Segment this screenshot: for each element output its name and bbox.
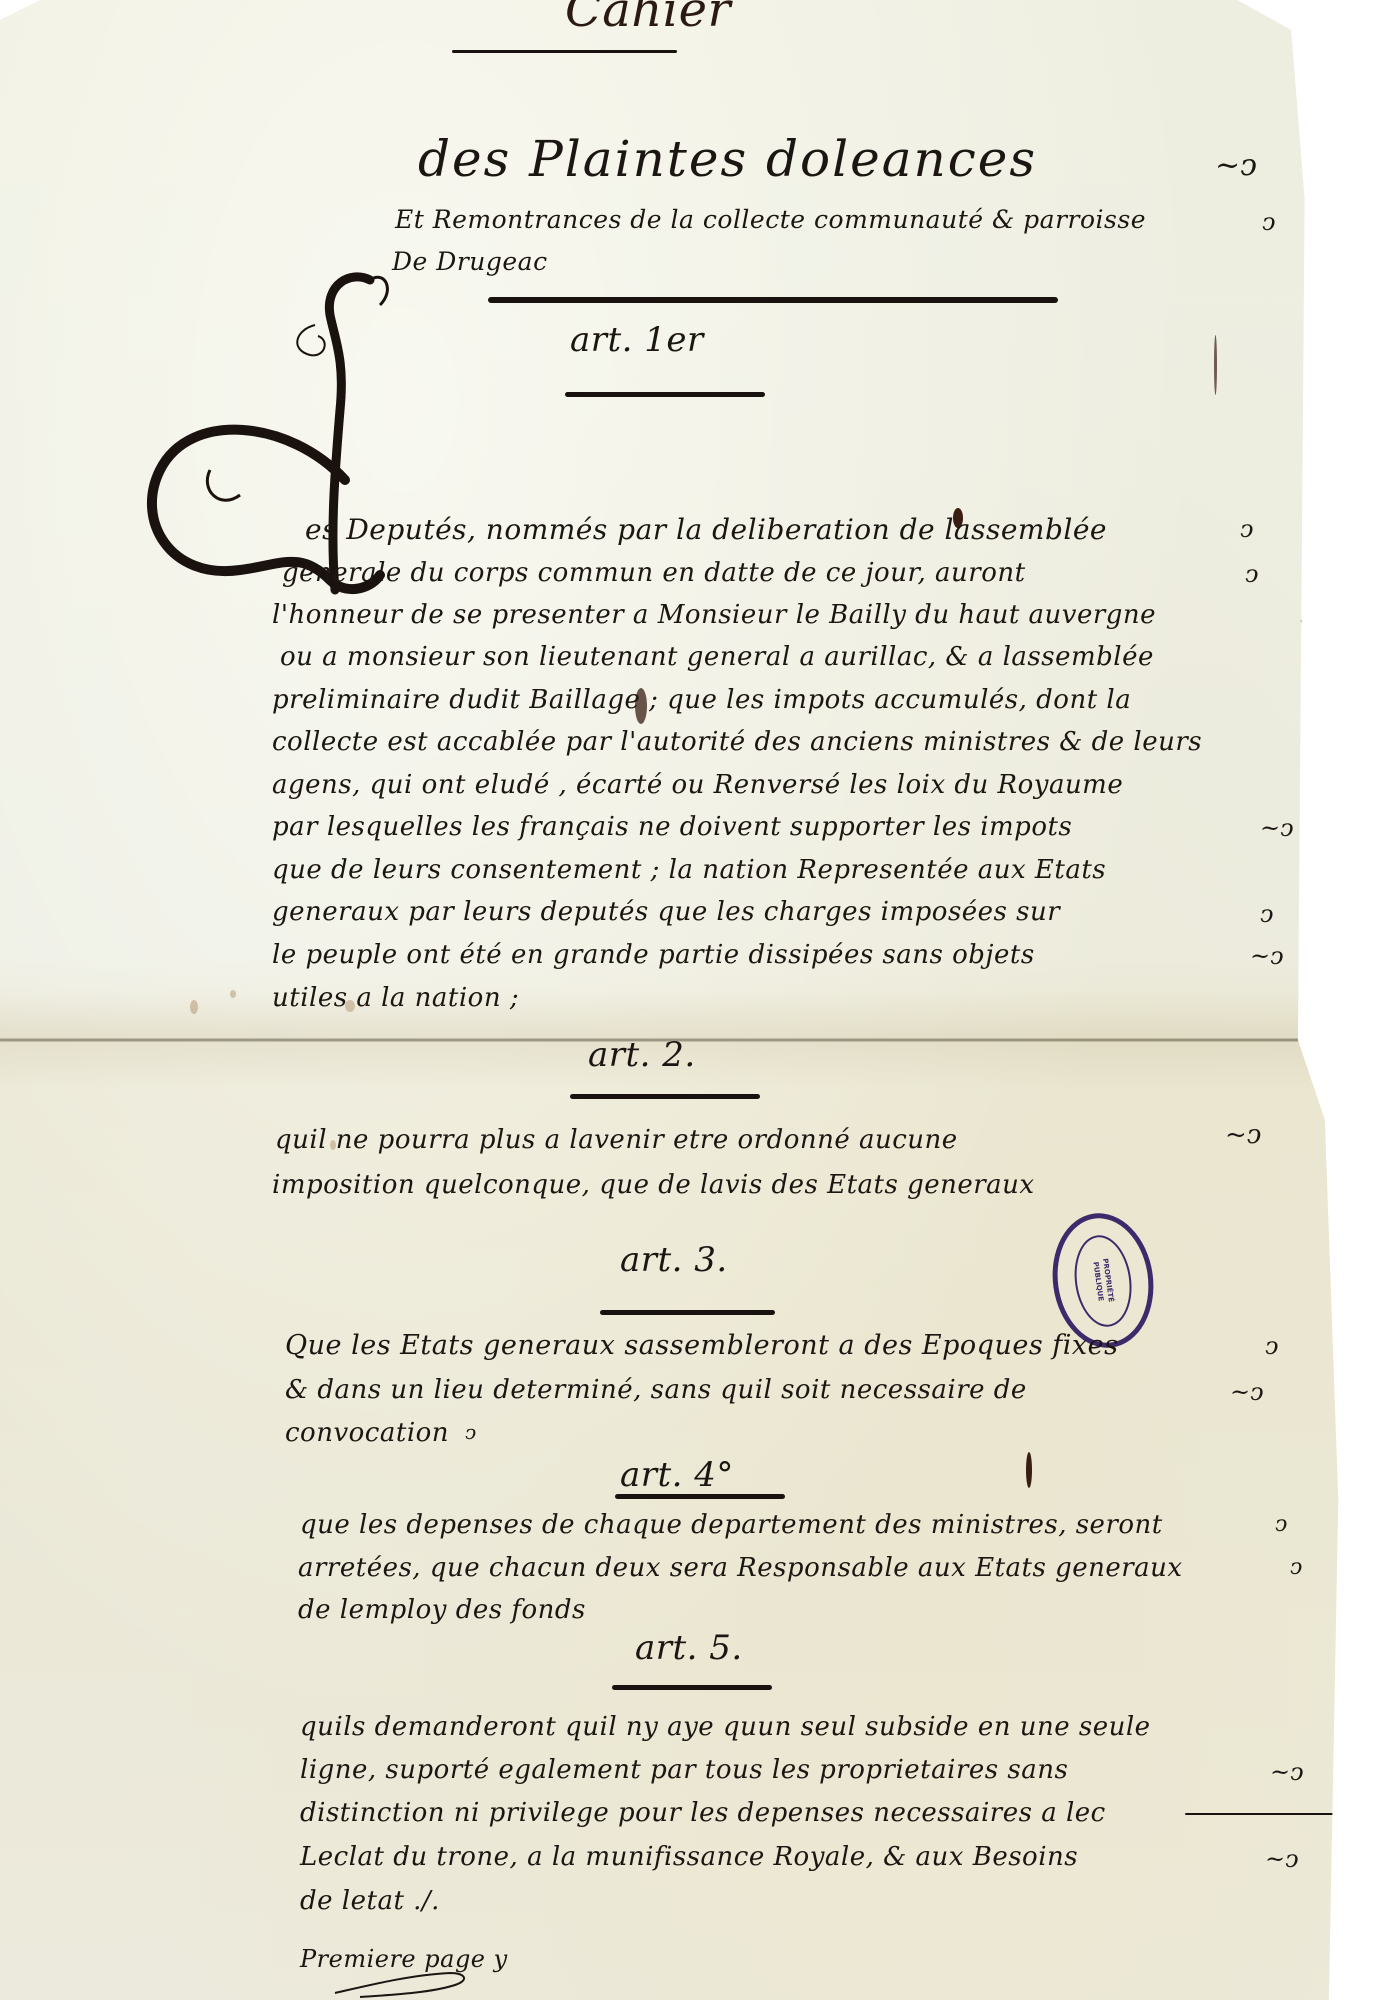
- article-2-line: imposition quelconque, que de lavis des …: [272, 1170, 1035, 1200]
- flourish-icon: ↄ: [1260, 900, 1273, 928]
- article-5-line: quils demanderont quil ny aye quun seul …: [300, 1712, 1151, 1742]
- title-underline: [452, 50, 677, 53]
- flourish-icon: ↄ: [465, 1420, 476, 1444]
- ink-blot-icon: [1026, 1452, 1032, 1488]
- flourish-icon: ~ↄ: [1270, 1758, 1304, 1786]
- stamp-center-text: PROPRIÉTÉ PUBLIQUE: [1090, 1257, 1116, 1303]
- article-1-line: l'honneur de se presenter a Monsieur le …: [272, 600, 1156, 630]
- article-4-line: de lemploy des fonds: [298, 1595, 586, 1625]
- flourish-icon: ~ↄ: [1230, 1378, 1264, 1406]
- ink-blot-icon: [1214, 335, 1217, 395]
- article-3-line: convocation: [285, 1418, 449, 1448]
- flourish-icon: ~ↄ: [1225, 1120, 1261, 1150]
- article-1-line: agens, qui ont eludé , écarté ou Renvers…: [272, 770, 1123, 800]
- title-top: Cahier: [565, 0, 731, 38]
- flourish-icon: ~ↄ: [1265, 1845, 1299, 1873]
- strikethrough-line: [1185, 1813, 1345, 1815]
- manuscript-page: Cahier des Plaintes doleances ~ↄ Et Remo…: [0, 0, 1345, 2000]
- flourish-icon: ↄ: [1290, 1555, 1302, 1580]
- article-1-label: art. 1er: [570, 320, 704, 360]
- foxing-stain: [230, 990, 236, 998]
- article-1-line: preliminaire dudit Baillage ; que les im…: [272, 685, 1131, 715]
- article-1-line: le peuple ont été en grande partie dissi…: [272, 940, 1035, 970]
- article-2-line: quil ne pourra plus a lavenir etre ordon…: [275, 1125, 958, 1155]
- article-2-label: art. 2.: [588, 1035, 696, 1075]
- article-5-line: Leclat du trone, a la munifissance Royal…: [300, 1842, 1078, 1872]
- flourish-icon: ↄ: [1245, 560, 1258, 588]
- article-2-rule: [570, 1094, 760, 1099]
- flourish-icon: ↄ: [1300, 602, 1313, 630]
- article-1-line: es Deputés, nommés par la deliberation d…: [305, 513, 1107, 546]
- subtitle-underline: [488, 297, 1058, 303]
- article-5-line: ligne, suporté egalement par tous les pr…: [300, 1755, 1068, 1785]
- article-1-line: utiles a la nation ;: [272, 983, 519, 1013]
- title-main: des Plaintes doleances: [418, 130, 1037, 188]
- article-5-line: de letat ./.: [300, 1886, 440, 1916]
- article-5-label: art. 5.: [635, 1628, 743, 1668]
- article-1-line: que de leurs consentement ; la nation Re…: [272, 855, 1106, 885]
- ornamental-drop-cap-L-icon: [130, 270, 460, 600]
- signature-flourish-icon: [330, 1965, 490, 2000]
- article-1-line: ou a monsieur son lieutenant general a a…: [280, 642, 1154, 672]
- flourish-icon: ~ↄ: [1250, 942, 1284, 970]
- article-3-label: art. 3.: [620, 1240, 728, 1280]
- article-4-line: que les depenses de chaque departement d…: [300, 1510, 1163, 1540]
- article-4-rule: [615, 1494, 785, 1499]
- flourish-icon: ↄ: [1240, 515, 1253, 543]
- subtitle-line-1: Et Remontrances de la collecte communaut…: [395, 205, 1146, 234]
- article-1-rule: [565, 392, 765, 397]
- flourish-icon: ↄ: [1275, 1512, 1287, 1537]
- article-1-line: generaux par leurs deputés que les charg…: [272, 897, 1060, 927]
- flourish-icon: ↄ: [1300, 772, 1313, 800]
- article-4-line: arretées, que chacun deux sera Responsab…: [298, 1553, 1183, 1583]
- flourish-icon: ~ↄ: [1260, 814, 1294, 842]
- stamp-inner-ring: PROPRIÉTÉ PUBLIQUE: [1069, 1231, 1137, 1330]
- flourish-icon: ↄ: [1265, 1332, 1278, 1360]
- article-1-line: collecte est accablée par l'autorité des…: [272, 727, 1202, 757]
- flourish-icon: ↄ: [1300, 688, 1313, 716]
- article-5-rule: [612, 1685, 772, 1690]
- article-3-rule: [600, 1310, 775, 1315]
- article-1-line: par lesquelles les français ne doivent s…: [272, 812, 1072, 842]
- flourish-icon: ↄ: [1262, 208, 1275, 236]
- article-5-line: distinction ni privilege pour les depens…: [300, 1798, 1106, 1828]
- article-3-line: Que les Etats generaux sassembleront a d…: [285, 1330, 1118, 1361]
- article-4-label: art. 4°: [620, 1455, 734, 1495]
- article-3-line: & dans un lieu determiné, sans quil soit…: [285, 1375, 1027, 1405]
- article-1-line: generale du corps commun en datte de ce …: [282, 558, 1026, 588]
- foxing-stain: [190, 1000, 198, 1014]
- flourish-icon: ~ↄ: [1215, 148, 1257, 183]
